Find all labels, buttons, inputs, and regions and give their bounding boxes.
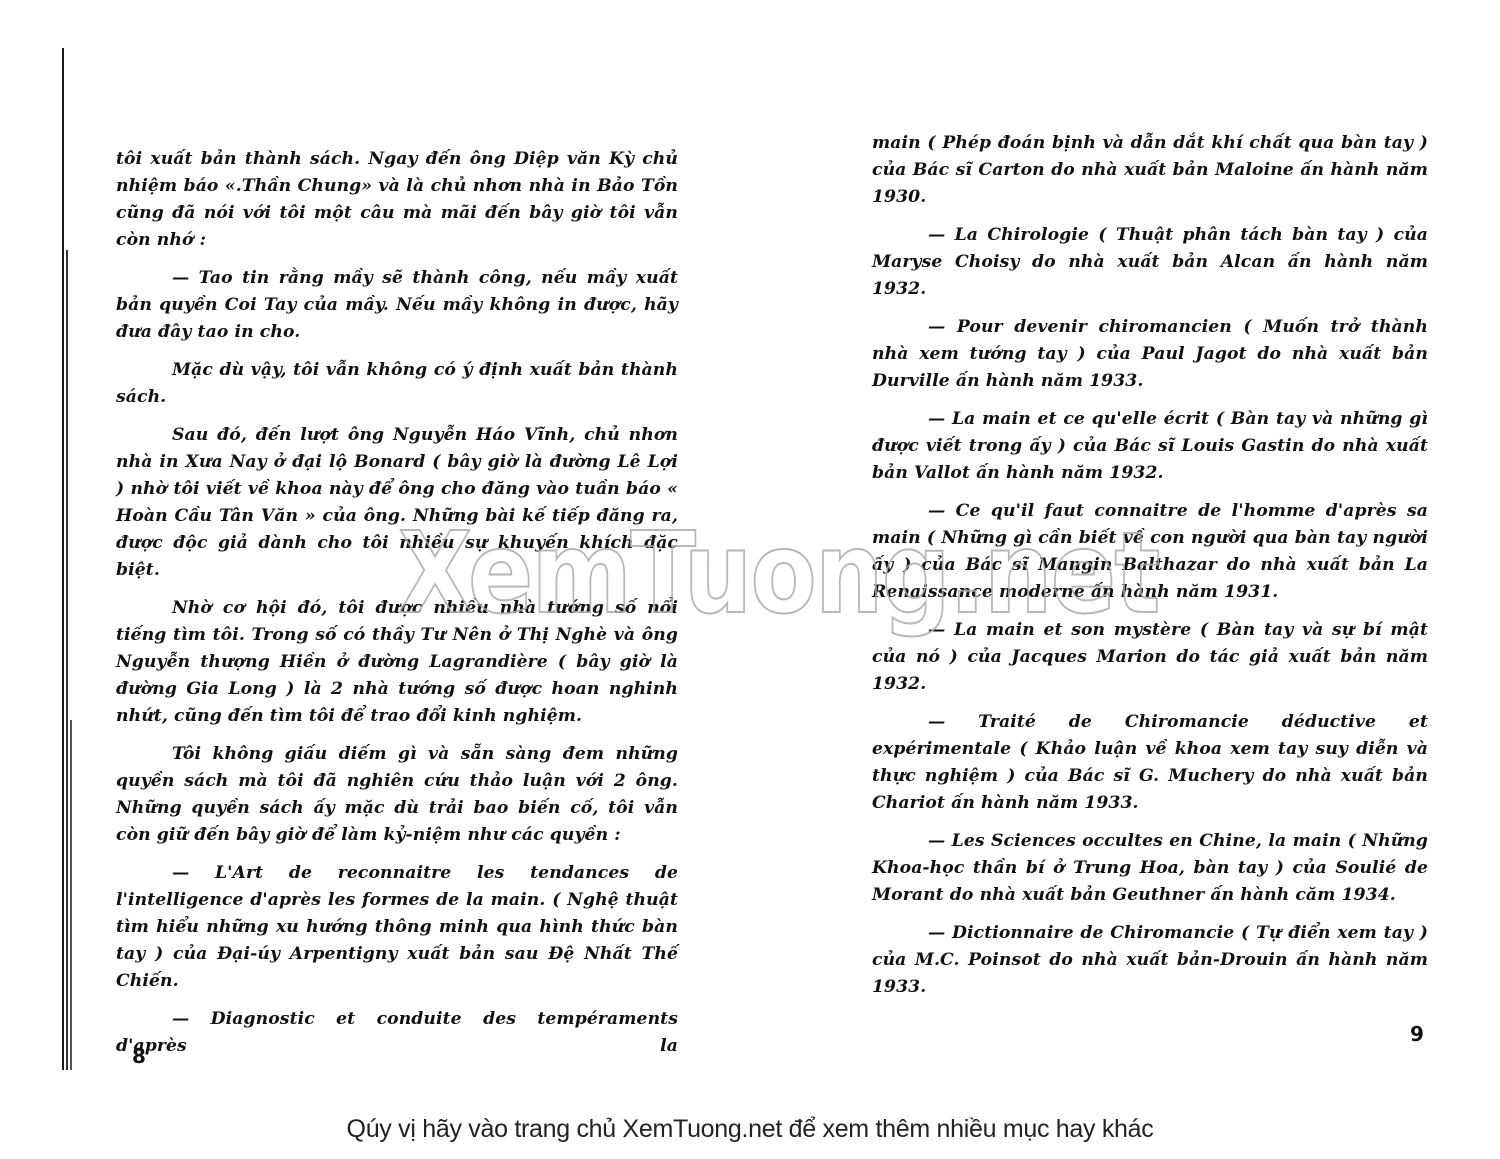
site-home-link[interactable]: XemTuong.net	[623, 1115, 782, 1144]
right-page-body: main ( Phép đoán bịnh và dẫn dắt khí chấ…	[872, 130, 1428, 1012]
book-list-entry: — L'Art de reconnaitre les tendances de …	[116, 860, 678, 995]
book-list-entry: main ( Phép đoán bịnh và dẫn dắt khí chấ…	[872, 130, 1428, 211]
paragraph: Mặc dù vậy, tôi vẫn không có ý định xuất…	[116, 357, 678, 411]
paragraph: Nhờ cơ hội đó, tôi được nhiều nhà tướng …	[116, 595, 678, 730]
binding-edge-line	[62, 48, 64, 1070]
paragraph: Sau đó, đến lượt ông Nguyễn Háo Vĩnh, ch…	[116, 422, 678, 584]
paragraph: — Tao tin rằng mầy sẽ thành công, nếu mầ…	[116, 265, 678, 346]
book-list-entry: — Diagnostic et conduite des tempérament…	[116, 1006, 678, 1060]
book-list-entry: — La Chirologie ( Thuật phân tách bàn ta…	[872, 222, 1428, 303]
footer-text-prefix: Qúy vị hãy vào trang chủ	[347, 1115, 623, 1144]
footer-text-suffix: để xem thêm nhiều mục hay khác	[782, 1115, 1153, 1144]
book-list-entry: — Traité de Chiromancie déductive et exp…	[872, 709, 1428, 817]
footer-banner: Qúy vị hãy vào trang chủ XemTuong.net để…	[0, 1100, 1500, 1159]
paragraph: tôi xuất bản thành sách. Ngay đến ông Di…	[116, 146, 678, 254]
book-list-entry: — Ce qu'il faut connaitre de l'homme d'a…	[872, 498, 1428, 606]
book-list-entry: — La main et ce qu'elle écrit ( Bàn tay …	[872, 406, 1428, 487]
page-number-right: 9	[1410, 1022, 1424, 1046]
left-page-body: tôi xuất bản thành sách. Ngay đến ông Di…	[116, 146, 678, 1071]
paragraph: Tôi không giấu diếm gì và sẵn sàng đem n…	[116, 741, 678, 849]
book-list-entry: — Dictionnaire de Chiromancie ( Tự điển …	[872, 920, 1428, 1001]
book-list-entry: — La main et son mystère ( Bàn tay và sự…	[872, 617, 1428, 698]
book-list-entry: — Pour devenir chiromancien ( Muốn trở t…	[872, 314, 1428, 395]
book-list-entry: — Les Sciences occultes en Chine, la mai…	[872, 828, 1428, 909]
page-number-left: 8	[132, 1044, 146, 1068]
binding-edge-line	[70, 720, 72, 1070]
binding-edge-line	[66, 250, 68, 1070]
book-page-spread: tôi xuất bản thành sách. Ngay đến ông Di…	[0, 0, 1500, 1100]
